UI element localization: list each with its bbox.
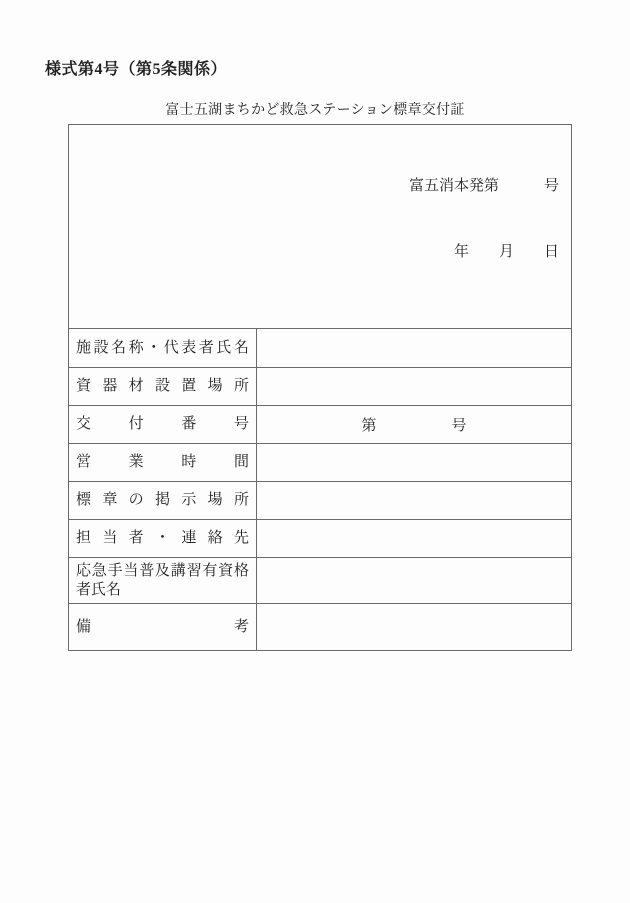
row-value-contact-person [257,520,572,558]
document-title: 富士五湖まちかど救急ステーション標章交付証 [0,99,630,119]
certificate-header: 富五消本発第 号 年 月 日 富士五湖消防本部 消防長 富士五湖まちかど救急ステ… [69,125,571,328]
row-value-facility-name [257,329,572,368]
row-label-remarks: 備考 [69,604,257,651]
issue-date-line: 年 月 日 [69,241,559,263]
row-label-emblem-display-location: 標章の掲示場所 [69,482,257,520]
table-row: 担当者・連絡先 [69,520,572,558]
row-value-issue-number: 第 号 [257,406,572,444]
row-label-equipment-location: 資器材設置場所 [69,368,257,406]
document-page: 様式第4号（第5条関係） 富士五湖まちかど救急ステーション標章交付証 富五消本発… [0,0,630,903]
certificate-box: 富五消本発第 号 年 月 日 富士五湖消防本部 消防長 富士五湖まちかど救急ステ… [68,124,572,651]
table-row: 交付番号 第 号 [69,406,572,444]
row-value-remarks [257,604,572,651]
table-row: 応急手当普及講習有資格者氏名 [69,558,572,604]
table-row: 備考 [69,604,572,651]
table-row: 標章の掲示場所 [69,482,572,520]
row-value-emblem-display-location [257,482,572,520]
table-row: 施設名称・代表者氏名 [69,329,572,368]
row-value-first-aid-qualified-person [257,558,572,604]
issue-number-line: 富五消本発第 号 [69,175,559,197]
row-label-facility-name: 施設名称・代表者氏名 [69,329,257,368]
issue-number-block: 富五消本発第 号 年 月 日 [69,131,571,307]
row-value-equipment-location [257,368,572,406]
row-label-first-aid-qualified-person: 応急手当普及講習有資格者氏名 [69,558,257,604]
row-label-issue-number: 交付番号 [69,406,257,444]
table-row: 営業時間 [69,444,572,482]
form-number: 様式第4号（第5条関係） [45,56,227,79]
certificate-table: 施設名称・代表者氏名 資器材設置場所 交付番号 第 号 営業時間 標章の掲示場所 [68,328,572,651]
row-value-business-hours [257,444,572,482]
table-row: 資器材設置場所 [69,368,572,406]
row-label-contact-person: 担当者・連絡先 [69,520,257,558]
row-label-business-hours: 営業時間 [69,444,257,482]
